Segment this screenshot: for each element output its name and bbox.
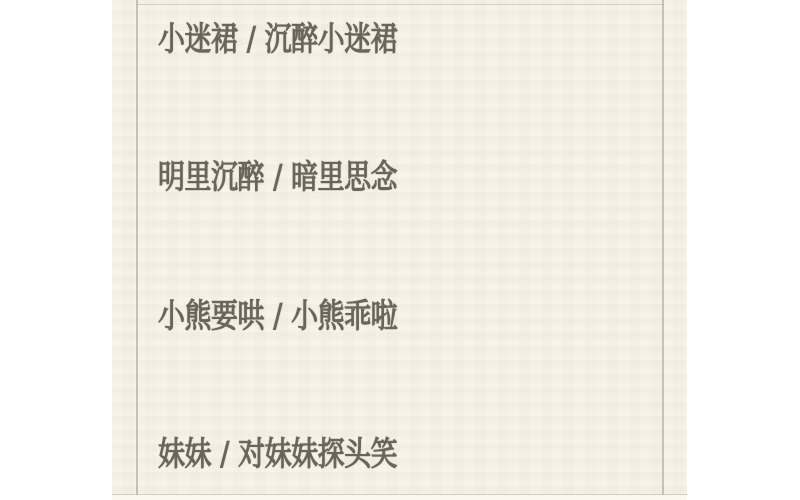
nickname-pair-3: 小熊要哄 / 小熊乖啦: [158, 293, 638, 342]
page-left-rule: [136, 0, 138, 500]
nickname-pair-2: 明里沉醉 / 暗里思念: [158, 154, 638, 203]
page-foot-strip: [112, 495, 687, 500]
paper-page: [112, 0, 687, 500]
page-top-rule: [137, 4, 664, 5]
nickname-pair-1: 小迷裙 / 沉醉小迷裙: [158, 16, 638, 65]
nickname-pair-4: 妹妹 / 对妹妹探头笑: [158, 431, 638, 480]
page-bottom-rule: [112, 494, 687, 495]
page-right-rule: [662, 0, 664, 500]
screenshot-stage: 小迷裙 / 沉醉小迷裙 明里沉醉 / 暗里思念 小熊要哄 / 小熊乖啦 妹妹 /…: [0, 0, 800, 500]
